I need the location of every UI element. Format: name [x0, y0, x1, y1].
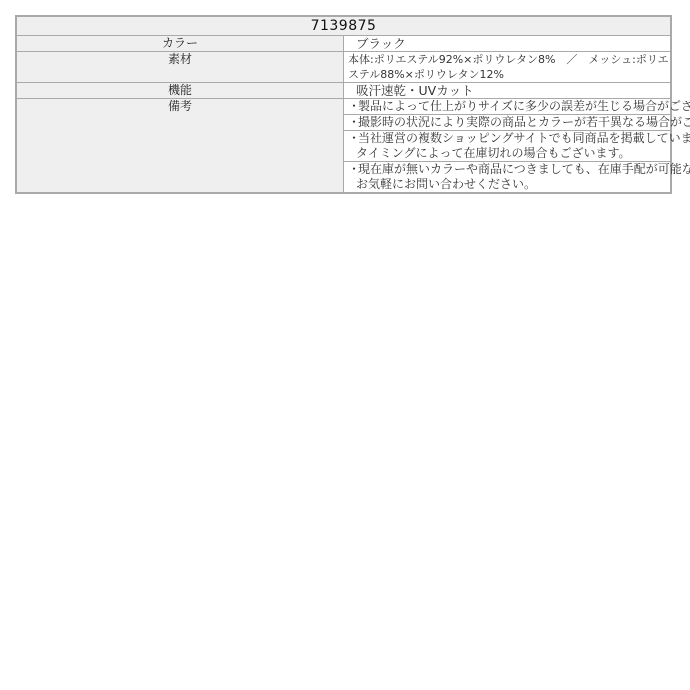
remark-note-line: ・現在庫が無いカラーや商品につきましても、在庫手配が可能な場合もございますので: [348, 162, 670, 177]
product-spec-table: 7139875 カラー ブラック 素材 本体:ポリエステル92%×ポリウレタン8…: [15, 15, 672, 194]
remark-note-line: ・製品によって仕上がりサイズに多少の誤差が生じる場合がございます。: [348, 99, 670, 114]
remark-note-2: ・撮影時の状況により実際の商品とカラーが若干異なる場合がございます。: [344, 115, 672, 131]
value-function: 吸汗速乾・UVカット: [344, 83, 672, 99]
remark-note-line: ・撮影時の状況により実際の商品とカラーが若干異なる場合がございます。: [348, 115, 670, 130]
spec-row-remarks-1: 備考 ・製品によって仕上がりサイズに多少の誤差が生じる場合がございます。: [16, 99, 671, 115]
spec-row-color: カラー ブラック: [16, 36, 671, 52]
label-material: 素材: [16, 52, 344, 83]
bullet-icon: ・: [348, 131, 358, 146]
spec-row-function: 機能 吸汗速乾・UVカット: [16, 83, 671, 99]
bullet-icon: ・: [348, 99, 358, 114]
spec-row-material: 素材 本体:ポリエステル92%×ポリウレタン8% ／ メッシュ:ポリエステル88…: [16, 52, 671, 83]
remark-note-line-continued: お気軽にお問い合わせください。: [348, 177, 670, 192]
remark-note-3: ・当社運営の複数ショッピングサイトでも同商品を掲載していますので タイミングによ…: [344, 131, 672, 162]
label-color: カラー: [16, 36, 344, 52]
remark-note-4: ・現在庫が無いカラーや商品につきましても、在庫手配が可能な場合もございますので …: [344, 162, 672, 194]
remark-note-line-continued: タイミングによって在庫切れの場合もございます。: [348, 146, 670, 161]
bullet-icon: ・: [348, 115, 358, 130]
value-material: 本体:ポリエステル92%×ポリウレタン8% ／ メッシュ:ポリエステル88%×ポ…: [344, 52, 672, 83]
value-color: ブラック: [344, 36, 672, 52]
bullet-icon: ・: [348, 162, 358, 177]
label-function: 機能: [16, 83, 344, 99]
label-remarks: 備考: [16, 99, 344, 194]
product-code: 7139875: [16, 16, 671, 36]
header-row: 7139875: [16, 16, 671, 36]
remark-note-1: ・製品によって仕上がりサイズに多少の誤差が生じる場合がございます。: [344, 99, 672, 115]
remark-note-line: ・当社運営の複数ショッピングサイトでも同商品を掲載していますので: [348, 131, 670, 146]
